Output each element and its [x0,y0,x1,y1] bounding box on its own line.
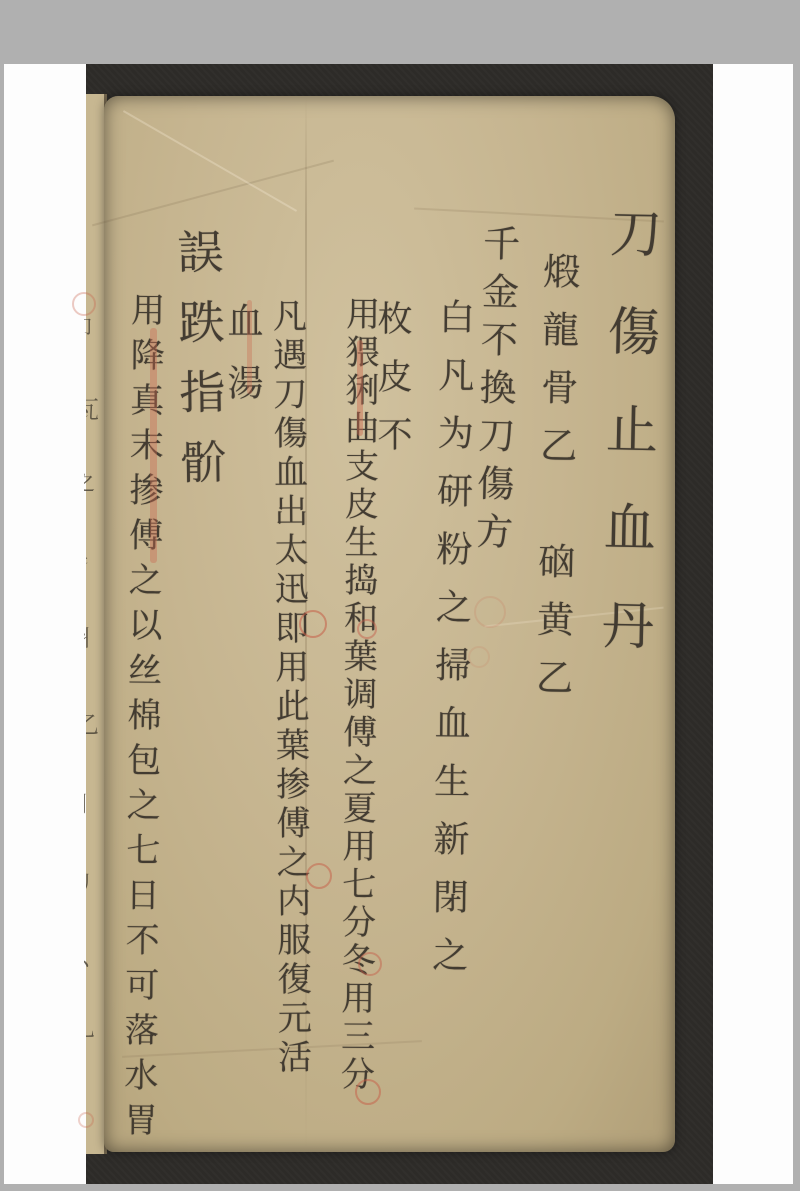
right-white-backing [713,64,793,1184]
paper-crease [484,607,663,628]
paper-crease [122,1040,422,1058]
paper-crease [92,160,334,227]
paper-crease [414,207,664,222]
left-white-backing [4,64,86,1184]
manuscript-paper [104,96,675,1152]
paper-crease [305,96,307,1152]
paper-crease [123,110,297,212]
manuscript-scan-viewer: 刀傷止血丹 煅龍骨乙 硇黄乙 千金不換刀傷方 白凡为研粉之掃血生新閉之 枚皮不 … [0,0,800,1191]
scanned-page-background [86,64,713,1184]
